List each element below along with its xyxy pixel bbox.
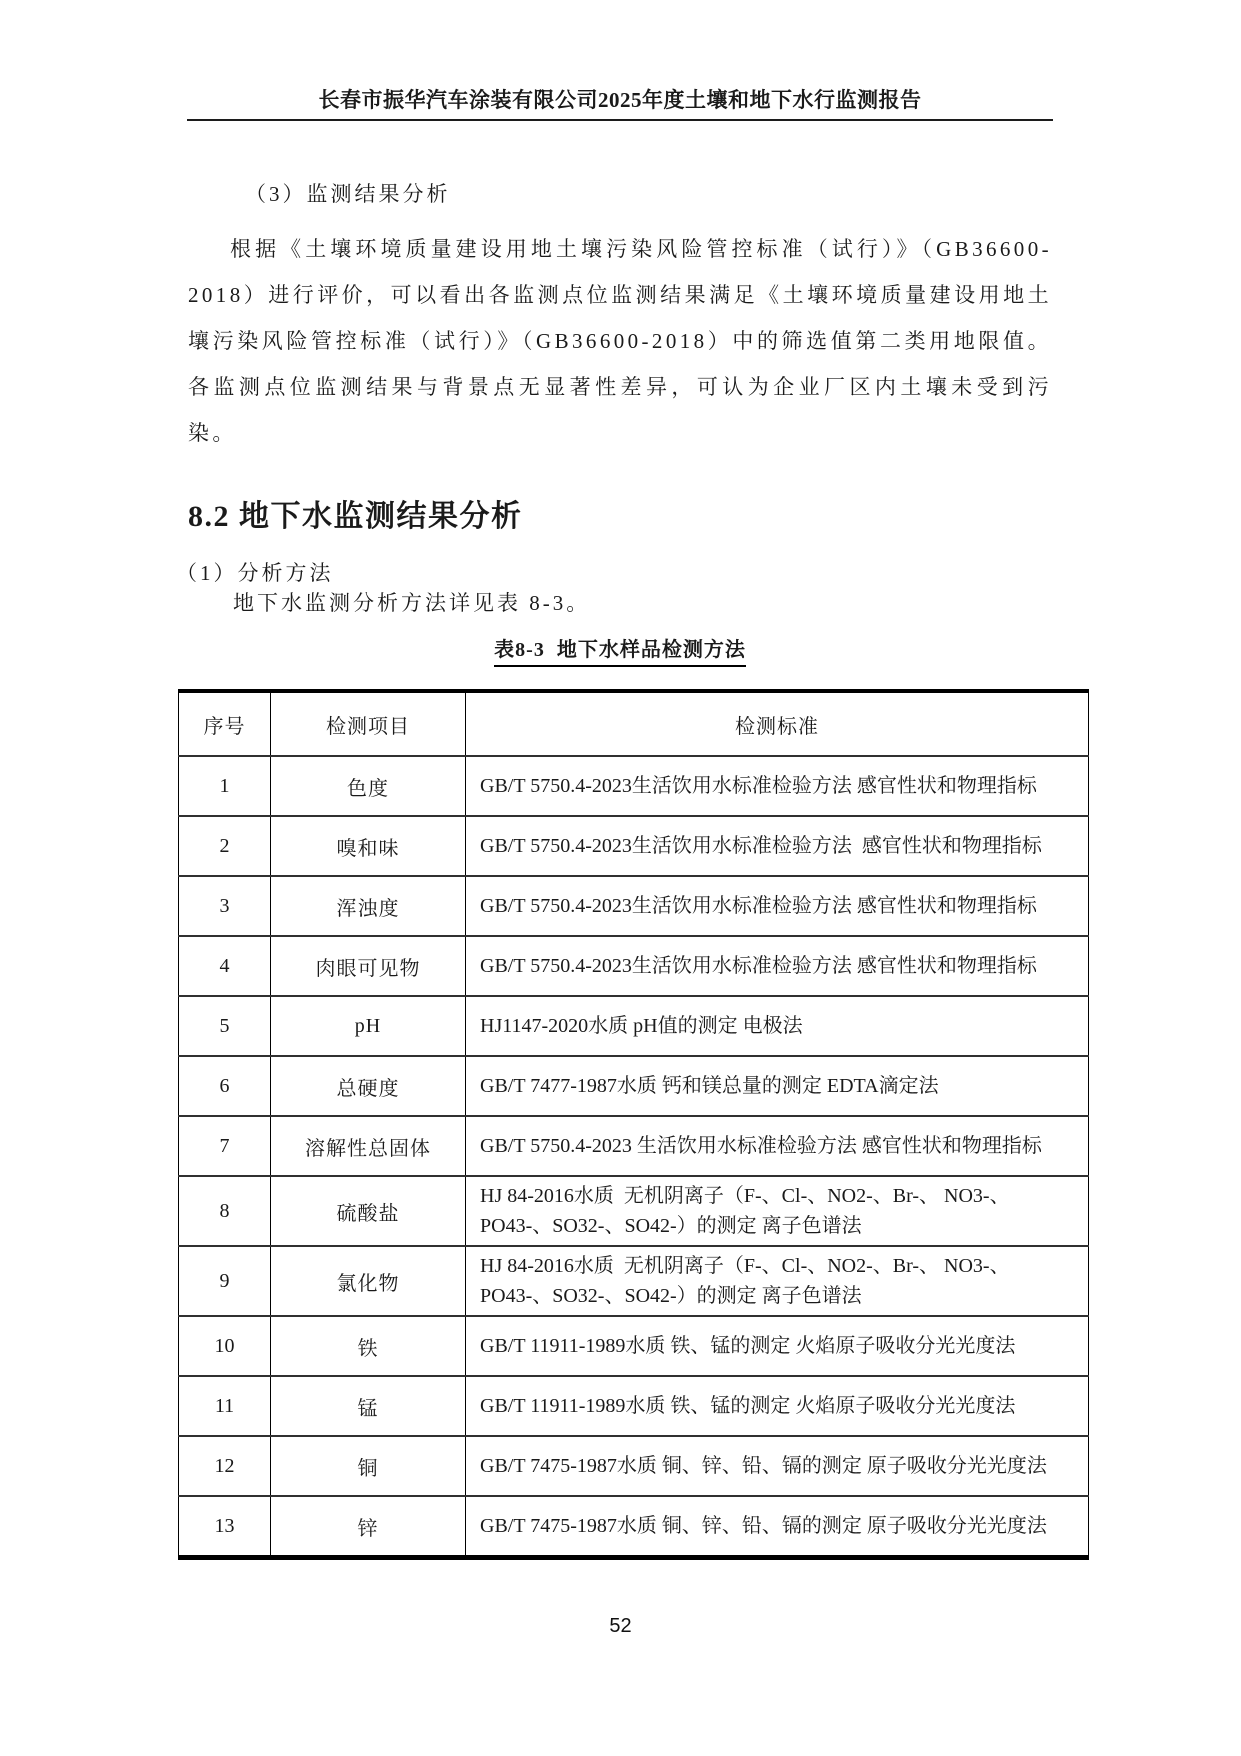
cell-test-item: 铁: [271, 1316, 466, 1376]
section-heading-8-2: 8.2 地下水监测结果分析: [188, 496, 1052, 538]
table-title-container: 表8-3 地下水样品检测方法: [188, 636, 1052, 667]
cell-test-standard: GB/T 7475-1987水质 铜、锌、铅、镉的测定 原子吸收分光光度法: [466, 1436, 1089, 1496]
table-row: 5pHHJ1147-2020水质 pH值的测定 电极法: [179, 996, 1089, 1056]
cell-test-item: 氯化物: [271, 1246, 466, 1316]
column-header-standard: 检测标准: [466, 691, 1089, 756]
table-row: 6总硬度GB/T 7477-1987水质 钙和镁总量的测定 EDTA滴定法: [179, 1056, 1089, 1116]
running-header-title: 长春市振华汽车涂装有限公司2025年度土壤和地下水行监测报告: [187, 84, 1053, 114]
header-divider: [187, 119, 1053, 121]
cell-test-item: 总硬度: [271, 1056, 466, 1116]
table-body: 1色度GB/T 5750.4-2023生活饮用水标准检验方法 感官性状和物理指标…: [179, 756, 1089, 1558]
cell-serial-no: 5: [179, 996, 271, 1056]
table-row: 11锰GB/T 11911-1989水质 铁、锰的测定 火焰原子吸收分光光度法: [179, 1376, 1089, 1436]
cell-serial-no: 8: [179, 1176, 271, 1246]
cell-test-standard: GB/T 5750.4-2023生活饮用水标准检验方法 感官性状和物理指标: [466, 876, 1089, 936]
cell-test-item: 铜: [271, 1436, 466, 1496]
cell-test-item: pH: [271, 996, 466, 1056]
cell-serial-no: 4: [179, 936, 271, 996]
cell-serial-no: 3: [179, 876, 271, 936]
cell-serial-no: 11: [179, 1376, 271, 1436]
cell-test-standard: HJ 84-2016水质 无机阴离子（F-、Cl-、NO2-、Br-、 NO3-…: [466, 1176, 1089, 1246]
cell-test-item: 色度: [271, 756, 466, 816]
table-8-3-title: 表8-3 地下水样品检测方法: [494, 636, 746, 667]
column-header-no: 序号: [179, 691, 271, 756]
cell-serial-no: 12: [179, 1436, 271, 1496]
cell-test-standard: HJ1147-2020水质 pH值的测定 电极法: [466, 996, 1089, 1056]
cell-test-item: 浑浊度: [271, 876, 466, 936]
cell-test-standard: GB/T 7475-1987水质 铜、锌、铅、镉的测定 原子吸收分光光度法: [466, 1496, 1089, 1558]
table-row: 2嗅和味GB/T 5750.4-2023生活饮用水标准检验方法 感官性状和物理指…: [179, 816, 1089, 876]
cell-serial-no: 2: [179, 816, 271, 876]
cell-test-item: 锌: [271, 1496, 466, 1558]
cell-serial-no: 9: [179, 1246, 271, 1316]
table-row: 8硫酸盐HJ 84-2016水质 无机阴离子（F-、Cl-、NO2-、Br-、 …: [179, 1176, 1089, 1246]
table-row: 12铜GB/T 7475-1987水质 铜、锌、铅、镉的测定 原子吸收分光光度法: [179, 1436, 1089, 1496]
cell-test-item: 溶解性总固体: [271, 1116, 466, 1176]
subsection-1-heading: （1）分析方法: [176, 558, 1052, 588]
page-number: 52: [0, 1615, 1241, 1638]
detection-methods-table: 序号 检测项目 检测标准 1色度GB/T 5750.4-2023生活饮用水标准检…: [178, 689, 1089, 1560]
cell-test-standard: HJ 84-2016水质 无机阴离子（F-、Cl-、NO2-、Br-、 NO3-…: [466, 1246, 1089, 1316]
table-row: 1色度GB/T 5750.4-2023生活饮用水标准检验方法 感官性状和物理指标: [179, 756, 1089, 816]
cell-test-standard: GB/T 5750.4-2023 生活饮用水标准检验方法 感官性状和物理指标: [466, 1116, 1089, 1176]
page-content: （3）监测结果分析 根据《土壤环境质量建设用地土壤污染风险管控标准（试行）》（G…: [188, 168, 1052, 1560]
cell-serial-no: 6: [179, 1056, 271, 1116]
paragraph-3-heading: （3）监测结果分析: [188, 178, 1052, 210]
table-row: 13锌GB/T 7475-1987水质 铜、锌、铅、镉的测定 原子吸收分光光度法: [179, 1496, 1089, 1558]
table-row: 10铁GB/T 11911-1989水质 铁、锰的测定 火焰原子吸收分光光度法: [179, 1316, 1089, 1376]
column-header-item: 检测项目: [271, 691, 466, 756]
document-page: 长春市振华汽车涂装有限公司2025年度土壤和地下水行监测报告 （3）监测结果分析…: [0, 0, 1241, 1756]
subsection-1-body: 地下水监测分析方法详见表 8-3。: [188, 588, 1052, 618]
cell-serial-no: 1: [179, 756, 271, 816]
cell-test-standard: GB/T 7477-1987水质 钙和镁总量的测定 EDTA滴定法: [466, 1056, 1089, 1116]
cell-test-item: 嗅和味: [271, 816, 466, 876]
paragraph-3-body: 根据《土壤环境质量建设用地土壤污染风险管控标准（试行）》（GB36600- 20…: [188, 226, 1052, 456]
cell-test-standard: GB/T 11911-1989水质 铁、锰的测定 火焰原子吸收分光光度法: [466, 1316, 1089, 1376]
table-row: 4肉眼可见物GB/T 5750.4-2023生活饮用水标准检验方法 感官性状和物…: [179, 936, 1089, 996]
table-row: 7溶解性总固体GB/T 5750.4-2023 生活饮用水标准检验方法 感官性状…: [179, 1116, 1089, 1176]
cell-test-item: 肉眼可见物: [271, 936, 466, 996]
table-header: 序号 检测项目 检测标准: [179, 691, 1089, 756]
cell-test-standard: GB/T 5750.4-2023生活饮用水标准检验方法 感官性状和物理指标: [466, 756, 1089, 816]
table-header-row: 序号 检测项目 检测标准: [179, 691, 1089, 756]
cell-serial-no: 7: [179, 1116, 271, 1176]
table-row: 3浑浊度GB/T 5750.4-2023生活饮用水标准检验方法 感官性状和物理指…: [179, 876, 1089, 936]
table-row: 9氯化物HJ 84-2016水质 无机阴离子（F-、Cl-、NO2-、Br-、 …: [179, 1246, 1089, 1316]
cell-serial-no: 13: [179, 1496, 271, 1558]
cell-test-item: 硫酸盐: [271, 1176, 466, 1246]
cell-test-item: 锰: [271, 1376, 466, 1436]
cell-test-standard: GB/T 11911-1989水质 铁、锰的测定 火焰原子吸收分光光度法: [466, 1376, 1089, 1436]
cell-serial-no: 10: [179, 1316, 271, 1376]
cell-test-standard: GB/T 5750.4-2023生活饮用水标准检验方法 感官性状和物理指标: [466, 936, 1089, 996]
cell-test-standard: GB/T 5750.4-2023生活饮用水标准检验方法 感官性状和物理指标: [466, 816, 1089, 876]
